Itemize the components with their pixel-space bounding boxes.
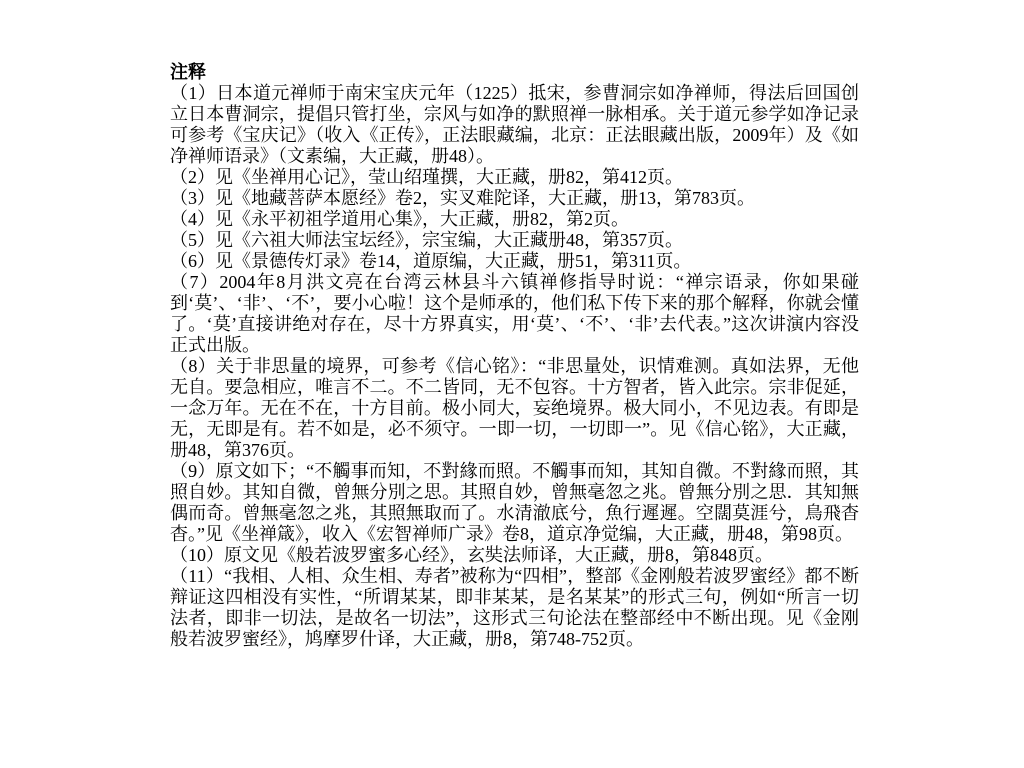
note-1: （1）日本道元禅师于南宋宝庆元年（1225）抵宋，参曹洞宗如净禅师，得法后回国创… <box>170 83 859 167</box>
note-2: （2）见《坐禅用心记》，莹山绍瑾撰，大正藏，册82，第412页。 <box>170 167 859 188</box>
note-5: （5）见《六祖大师法宝坛经》，宗宝编，大正藏册48，第357页。 <box>170 230 859 251</box>
note-7: （7）2004年8月洪文亮在台湾云林县斗六镇禅修指导时说：“禅宗语录，你如果碰到… <box>170 272 859 356</box>
note-3: （3）见《地藏菩萨本愿经》卷2，实叉难陀译，大正藏，册13，第783页。 <box>170 188 859 209</box>
notes-title: 注释 <box>170 62 859 83</box>
document-page: 注释 （1）日本道元禅师于南宋宝庆元年（1225）抵宋，参曹洞宗如净禅师，得法后… <box>0 0 1024 768</box>
note-6: （6）见《景德传灯录》卷14，道原编，大正藏，册51，第311页。 <box>170 251 859 272</box>
notes-section: 注释 （1）日本道元禅师于南宋宝庆元年（1225）抵宋，参曹洞宗如净禅师，得法后… <box>170 62 859 650</box>
note-8: （8）关于非思量的境界，可参考《信心铭》：“非思量处，识情难测。真如法界，无他无… <box>170 356 859 461</box>
note-11: （11）“我相、人相、众生相、寿者”被称为“四相”，整部《金刚般若波罗蜜经》都不… <box>170 566 859 650</box>
note-10: （10）原文见《般若波罗蜜多心经》，玄奘法师译，大正藏，册8，第848页。 <box>170 545 859 566</box>
note-9: （9）原文如下；“不觸事而知，不對緣而照。不觸事而知，其知自微。不對緣而照，其照… <box>170 461 859 545</box>
note-4: （4）见《永平初祖学道用心集》，大正藏，册82，第2页。 <box>170 209 859 230</box>
